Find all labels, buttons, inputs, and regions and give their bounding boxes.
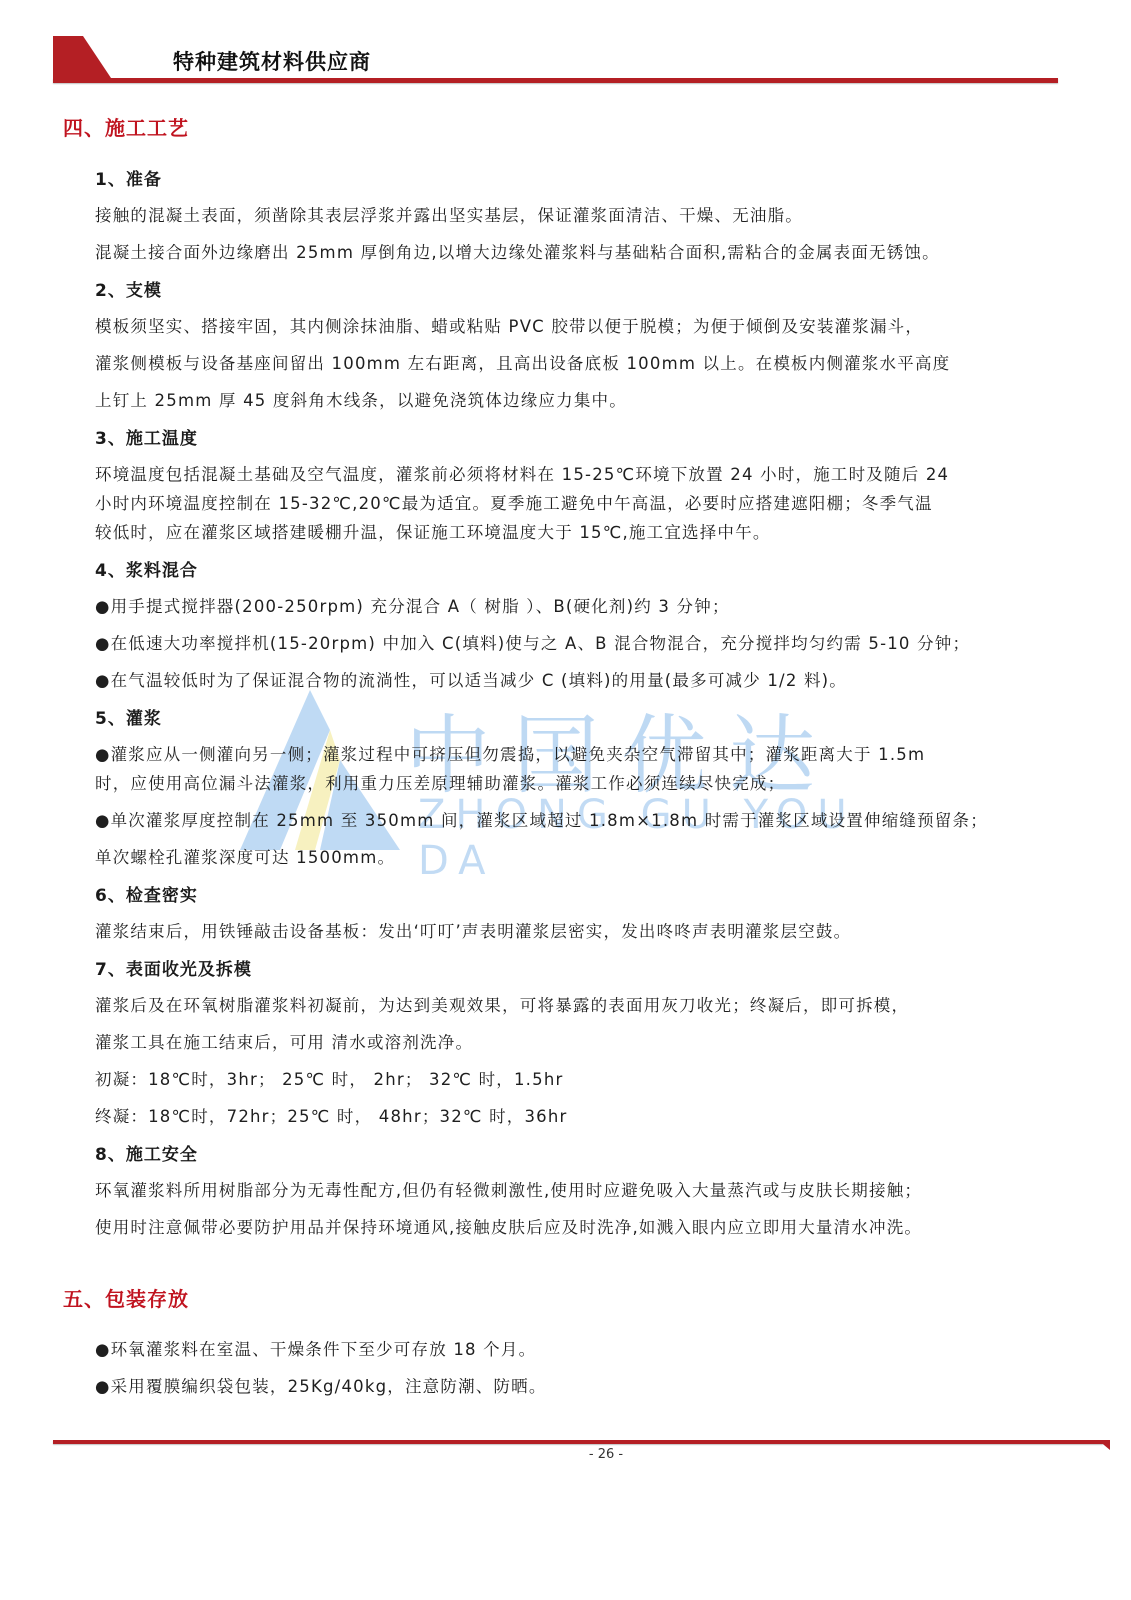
bullet-item: ●单次灌浆厚度控制在 25mm 至 350mm 间，灌浆区域超过 1.8m×1.… <box>95 807 988 831</box>
subsection-heading: 3、施工温度 <box>95 424 198 449</box>
paragraph-line: 灌浆侧模板与设备基座间留出 100mm 左右距离，且高出设备底板 100mm 以… <box>95 350 950 374</box>
bullet-item: ●用手提式搅拌器(200-250rpm) 充分混合 A（ 树脂 ）、B(硬化剂)… <box>95 593 730 617</box>
paragraph-line: 时，应使用高位漏斗法灌浆，利用重力压差原理辅助灌浆。灌浆工作必须连续尽快完成； <box>95 770 785 794</box>
initial-set-times: 初凝：18℃时，3hr； 25℃ 时， 2hr； 32℃ 时，1.5hr <box>95 1066 563 1090</box>
final-set-times: 终凝：18℃时，72hr；25℃ 时， 48hr；32℃ 时，36hr <box>95 1103 568 1127</box>
paragraph-line: 灌浆后及在环氧树脂灌浆料初凝前，为达到美观效果，可将暴露的表面用灰刀收光；终凝后… <box>95 992 909 1016</box>
paragraph-line: 小时内环境温度控制在 15-32℃,20℃最为适宜。夏季施工避免中午高温，必要时… <box>95 490 933 514</box>
paragraph-line: 灌浆结束后，用铁锤敲击设备基板：发出‘叮叮’声表明灌浆层密实，发出咚咚声表明灌浆… <box>95 918 851 942</box>
page-number: - 26 - <box>0 1447 1131 1462</box>
paragraph-line: 较低时，应在灌浆区域搭建暖棚升温，保证施工环境温度大于 15℃,施工宜选择中午。 <box>95 519 771 543</box>
subsection-heading: 5、灌浆 <box>95 704 162 729</box>
subsection-heading: 6、检查密实 <box>95 881 198 906</box>
subsection-heading: 8、施工安全 <box>95 1140 198 1165</box>
paragraph-line: 环氧灌浆料所用树脂部分为无毒性配方,但仍有轻微刺激性,使用时应避免吸入大量蒸汽或… <box>95 1177 922 1201</box>
section-title-packaging: 五、包装存放 <box>63 1283 189 1312</box>
subsection-heading: 2、支模 <box>95 276 162 301</box>
watermark-en-text: ZHONG GU YOU DA <box>418 792 860 884</box>
paragraph-line: 混凝土接合面外边缘磨出 25mm 厚倒角边,以增大边缘处灌浆料与基础粘合面积,需… <box>95 239 940 263</box>
paragraph-line: 使用时注意佩带必要防护用品并保持环境通风,接触皮肤后应及时洗净,如溅入眼内应立即… <box>95 1214 922 1238</box>
header-divider <box>53 78 1058 83</box>
header-title: 特种建筑材料供应商 <box>173 46 371 76</box>
paragraph-line: 上钉上 25mm 厚 45 度斜角木线条，以避免浇筑体边缘应力集中。 <box>95 387 627 411</box>
subsection-heading: 7、表面收光及拆模 <box>95 955 252 980</box>
bullet-item: ●采用覆膜编织袋包装，25Kg/40kg，注意防潮、防晒。 <box>95 1373 547 1397</box>
bullet-item: ●在低速大功率搅拌机(15-20rpm) 中加入 C(填料)使与之 A、B 混合… <box>95 630 970 654</box>
subsection-heading: 4、浆料混合 <box>95 556 198 581</box>
section-title-construction: 四、施工工艺 <box>63 112 189 141</box>
paragraph-line: 灌浆工具在施工结束后，可用 清水或溶剂洗净。 <box>95 1029 473 1053</box>
subsection-heading: 1、准备 <box>95 165 162 190</box>
paragraph-line: 模板须坚实、搭接牢固，其内侧涂抹油脂、蜡或粘贴 PVC 胶带以便于脱模；为便于倾… <box>95 313 923 337</box>
bullet-item: ●在气温较低时为了保证混合物的流淌性，可以适当减少 C (填料)的用量(最多可减… <box>95 667 847 691</box>
paragraph-line: 环境温度包括混凝土基础及空气温度，灌浆前必须将材料在 15-25℃环境下放置 2… <box>95 461 949 485</box>
paragraph-line: 单次螺栓孔灌浆深度可达 1500mm。 <box>95 844 395 868</box>
paragraph-line: 接触的混凝土表面，须凿除其表层浮浆并露出坚实基层，保证灌浆面清洁、干燥、无油脂。 <box>95 202 803 226</box>
bullet-item: ●环氧灌浆料在室温、干燥条件下至少可存放 18 个月。 <box>95 1336 536 1360</box>
header-red-tab-icon <box>53 36 113 83</box>
bullet-item: ●灌浆应从一侧灌向另一侧；灌浆过程中可挤压但勿震捣，以避免夹杂空气滞留其中；灌浆… <box>95 741 925 765</box>
footer-divider <box>53 1440 1103 1444</box>
